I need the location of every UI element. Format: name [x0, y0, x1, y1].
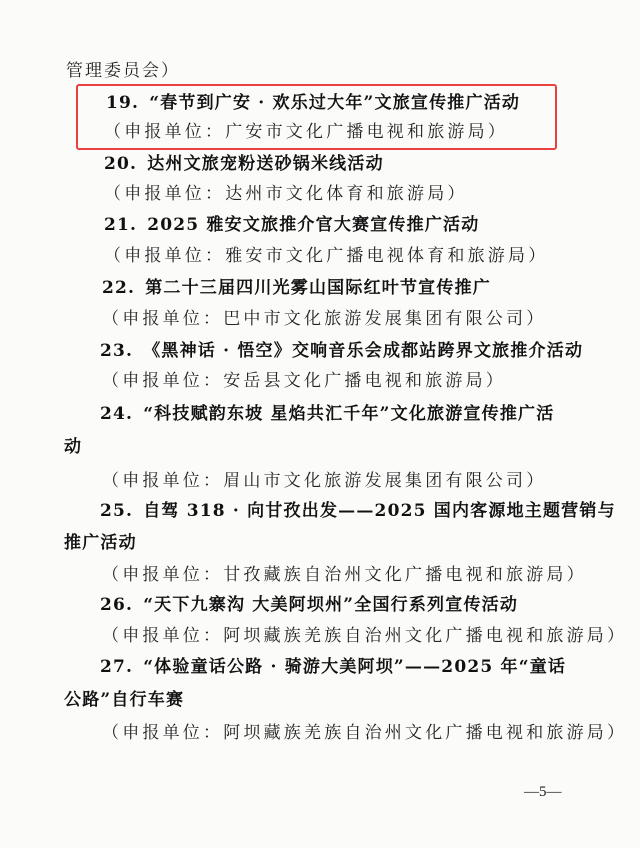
item-title-text: “天下九寨沟 大美阿坝州”全国行系列宣传活动 — [143, 595, 518, 615]
item-unit: （申报单位：雅安市文化广播电视体育和旅游局） — [104, 245, 548, 267]
item-number: 20. — [104, 154, 137, 174]
item-title-continuation: 公路”自行车赛 — [64, 689, 184, 711]
item-unit: （申报单位：阿坝藏族羌族自治州文化广播电视和旅游局） — [102, 722, 627, 744]
item-title: 20.达州文旅宠粉送砂锅米线活动 — [104, 153, 384, 175]
item-title-text: “科技赋韵东坡 星焰共汇千年”文化旅游宣传推广活 — [143, 404, 554, 424]
item-title-continuation: 推广活动 — [64, 532, 137, 554]
item-number: 27. — [100, 657, 133, 677]
item-title: 26.“天下九寨沟 大美阿坝州”全国行系列宣传活动 — [100, 594, 518, 616]
item-title: 21.2025 雅安文旅推介官大赛宣传推广活动 — [104, 214, 479, 236]
item-unit: （申报单位：达州市文化体育和旅游局） — [104, 183, 468, 205]
item-unit: （申报单位：巴中市文化旅游发展集团有限公司） — [102, 308, 546, 330]
item-title-text: “体验童话公路 · 骑游大美阿坝”——2025 年“童话 — [143, 657, 566, 677]
item-number: 23. — [100, 341, 133, 361]
continuation-text: 管理委员会） — [66, 60, 180, 82]
document-page: 管理委员会） 19.“春节到广安 · 欢乐过大年”文旅宣传推广活动 （申报单位：… — [0, 0, 640, 848]
item-number: 21. — [104, 215, 137, 235]
item-title-text: 达州文旅宠粉送砂锅米线活动 — [147, 154, 384, 174]
item-title-text: 《黑神话 · 悟空》交响音乐会成都站跨界文旅推介活动 — [143, 341, 583, 361]
item-title: 23.《黑神话 · 悟空》交响音乐会成都站跨界文旅推介活动 — [100, 340, 583, 362]
item-unit: （申报单位：阿坝藏族羌族自治州文化广播电视和旅游局） — [102, 625, 627, 647]
item-number: 25. — [100, 501, 133, 521]
item-number: 22. — [102, 278, 135, 298]
item-unit: （申报单位：安岳县文化广播电视和旅游局） — [102, 370, 506, 392]
item-title-text: “春节到广安 · 欢乐过大年”文旅宣传推广活动 — [149, 93, 520, 113]
item-unit: （申报单位：广安市文化广播电视和旅游局） — [104, 121, 508, 143]
item-title: 22.第二十三届四川光雾山国际红叶节宣传推广 — [102, 277, 491, 299]
item-number: 24. — [100, 404, 133, 424]
item-title: 19.“春节到广安 · 欢乐过大年”文旅宣传推广活动 — [106, 92, 520, 114]
item-title: 27.“体验童话公路 · 骑游大美阿坝”——2025 年“童话 — [100, 656, 566, 678]
item-unit: （申报单位：眉山市文化旅游发展集团有限公司） — [102, 470, 546, 492]
item-title-text: 2025 雅安文旅推介官大赛宣传推广活动 — [147, 215, 479, 235]
item-title-text: 自驾 318 · 向甘孜出发——2025 国内客源地主题营销与 — [143, 501, 616, 521]
item-unit: （申报单位：甘孜藏族自治州文化广播电视和旅游局） — [102, 564, 587, 586]
item-title-continuation: 动 — [64, 436, 82, 458]
item-title: 25.自驾 318 · 向甘孜出发——2025 国内客源地主题营销与 — [100, 500, 616, 522]
item-title-text: 第二十三届四川光雾山国际红叶节宣传推广 — [145, 278, 491, 298]
item-number: 26. — [100, 595, 133, 615]
item-title: 24.“科技赋韵东坡 星焰共汇千年”文化旅游宣传推广活 — [100, 403, 554, 425]
page-number: —5— — [524, 784, 562, 801]
item-number: 19. — [106, 93, 139, 113]
